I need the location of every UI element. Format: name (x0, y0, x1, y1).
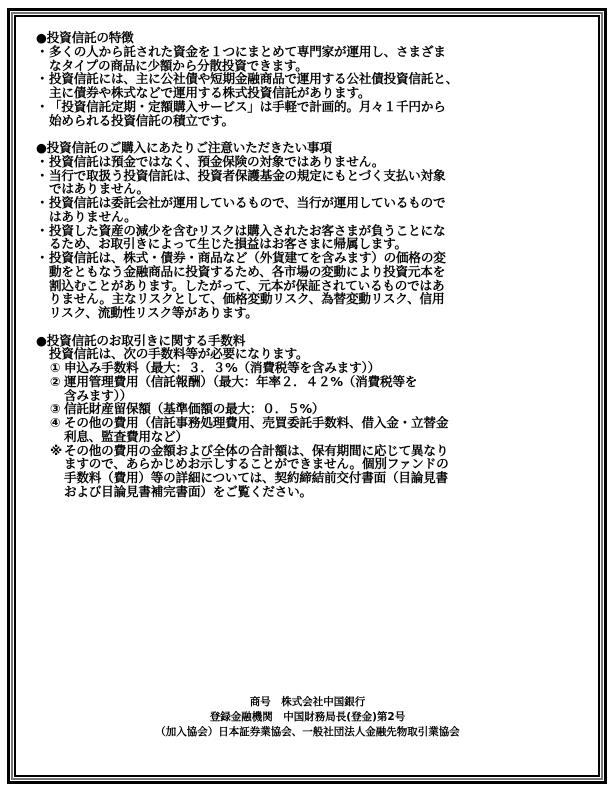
section-cautions: ●投資信託のご購入にあたりご注意いただきたい事項 ・ 投資信託は預金ではなく、預… (36, 141, 566, 320)
registration-number: 登録金融機関 中国財務局長(登金)第2号 (0, 710, 615, 725)
fee-note-text: その他の費用の金額および全体の合計額は、保有期間に応じて異なり ますので、あらか… (64, 444, 566, 499)
list-item-text: 当行で取扱う投資信託は、投資者保護基金の規定にもとづく支払い対象 ではありません… (49, 169, 566, 197)
fee-item: ② 運用管理費用（信託報酬）（最大：年率２．４２%（消費税等を 含みます）） (36, 375, 566, 403)
document-body: ●投資信託の特徴 ・ 多くの人から託された資金を１つにまとめて専門家が運用し、さ… (36, 31, 566, 512)
fee-item: ④ その他の費用（信託事務処理費用、売買委託手数料、借入金・立替金 利息、監査費… (36, 416, 566, 444)
section-heading: ●投資信託の特徴 (36, 31, 566, 45)
section-heading: ●投資信託のお取引きに関する手数料 (36, 334, 566, 348)
bullet-mark: ・ (36, 169, 49, 197)
list-item: ・ 投資信託には、主に公社債や短期金融商品で運用する公社債投資信託と、 主に債券… (36, 72, 566, 100)
bullet-mark: ・ (36, 155, 49, 169)
list-item: ・ 投資信託は預金ではなく、預金保険の対象ではありません。 (36, 155, 566, 169)
list-item-text: 投資信託には、主に公社債や短期金融商品で運用する公社債投資信託と、 主に債券や株… (49, 72, 566, 100)
member-associations: （加入協会）日本証券業協会、一般社団法人金融先物取引業協会 (0, 725, 615, 740)
list-item-text: 多くの人から託された資金を１つにまとめて専門家が運用し、さまざま なタイプの商品… (49, 45, 566, 73)
fee-number: ② (50, 375, 64, 403)
list-item: ・ 当行で取扱う投資信託は、投資者保護基金の規定にもとづく支払い対象 ではありま… (36, 169, 566, 197)
fee-number: ④ (50, 416, 64, 444)
bullet-mark: ・ (36, 72, 49, 100)
list-item: ・ 投資した資産の減少を含むリスクは購入されたお客さまが負うことにな るため、お… (36, 224, 566, 252)
bullet-mark: ・ (36, 251, 49, 320)
fee-number: ③ (50, 402, 64, 416)
fee-text: 運用管理費用（信託報酬）（最大：年率２．４２%（消費税等を 含みます）） (64, 375, 566, 403)
bullet-mark: ・ (36, 100, 49, 128)
list-item: ・ 「投資信託定期・定額購入サービス」は手軽で計画的。月々１千円から 始められる… (36, 100, 566, 128)
fee-note: ※ その他の費用の金額および全体の合計額は、保有期間に応じて異なり ますので、あ… (36, 444, 566, 499)
note-mark: ※ (50, 444, 64, 499)
list-item-text: 投資信託は委託会社が運用しているもので、当行が運用しているもので はありません。 (49, 196, 566, 224)
list-item: ・ 投資信託は、株式・債券・商品など（外貨建てを含みます）の価格の変 動をともな… (36, 251, 566, 320)
bullet-mark: ・ (36, 45, 49, 73)
list-item-text: 投資信託は、株式・債券・商品など（外貨建てを含みます）の価格の変 動をともなう金… (49, 251, 566, 320)
list-item-text: 投資した資産の減少を含むリスクは購入されたお客さまが負うことにな るため、お取引… (49, 224, 566, 252)
section-fees: ●投資信託のお取引きに関する手数料 投資信託は、次の手数料等が必要になります。 … (36, 334, 566, 499)
company-footer: 商号 株式会社中国銀行 登録金融機関 中国財務局長(登金)第2号 （加入協会）日… (0, 695, 615, 740)
bullet-mark: ・ (36, 196, 49, 224)
company-name: 商号 株式会社中国銀行 (0, 695, 615, 710)
fee-number: ① (50, 361, 64, 375)
list-item-text: 「投資信託定期・定額購入サービス」は手軽で計画的。月々１千円から 始められる投資… (49, 100, 566, 128)
bullet-mark: ・ (36, 224, 49, 252)
fee-text: 申込み手数料（最大：３．３%（消費税等を含みます）） (64, 361, 566, 375)
fee-item: ① 申込み手数料（最大：３．３%（消費税等を含みます）） (36, 361, 566, 375)
fee-text: 信託財産留保額（基準価額の最大：０．５%） (64, 402, 566, 416)
section-features: ●投資信託の特徴 ・ 多くの人から託された資金を１つにまとめて専門家が運用し、さ… (36, 31, 566, 127)
list-item-text: 投資信託は預金ではなく、預金保険の対象ではありません。 (49, 155, 566, 169)
fee-text: その他の費用（信託事務処理費用、売買委託手数料、借入金・立替金 利息、監査費用な… (64, 416, 566, 444)
section-heading: ●投資信託のご購入にあたりご注意いただきたい事項 (36, 141, 566, 155)
fee-item: ③ 信託財産留保額（基準価額の最大：０．５%） (36, 402, 566, 416)
list-item: ・ 多くの人から託された資金を１つにまとめて専門家が運用し、さまざま なタイプの… (36, 45, 566, 73)
fees-intro: 投資信託は、次の手数料等が必要になります。 (36, 347, 566, 361)
list-item: ・ 投資信託は委託会社が運用しているもので、当行が運用しているもので はありませ… (36, 196, 566, 224)
